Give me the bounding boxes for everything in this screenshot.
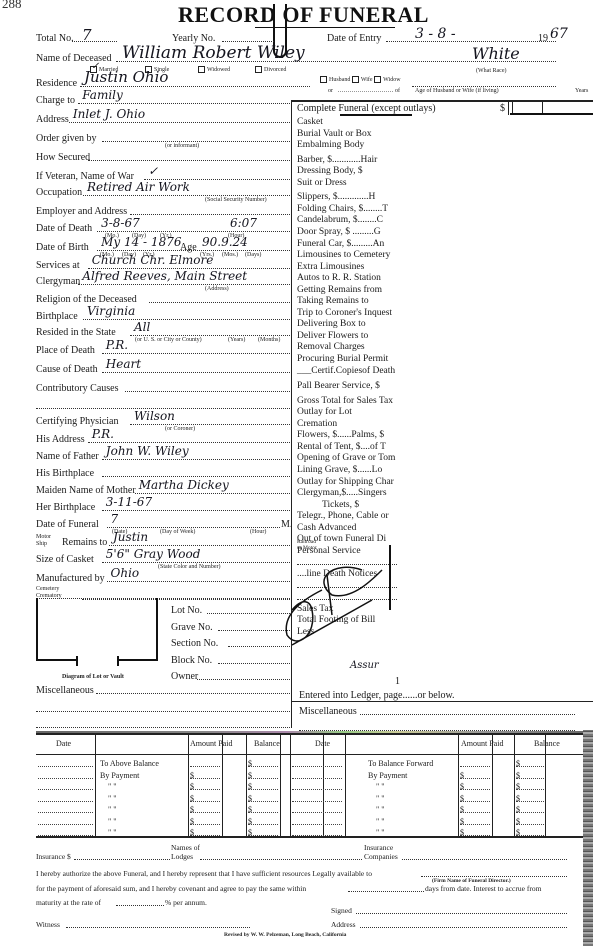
miscellaneous-label: Miscellaneous [36, 685, 94, 696]
address-label: Address [36, 114, 69, 125]
manufactured-by-value: Ohio [111, 566, 140, 580]
charge-item-cremation[interactable]: Cremation [297, 419, 337, 429]
form-title: RECORD OF FUNERAL [178, 2, 429, 28]
charges-miscellaneous-label: Miscellaneous [299, 706, 357, 717]
ledger-ditto: " " [108, 794, 117, 803]
charge-item-certif-copiesof-death[interactable]: ___Certif.Copiesof Death [297, 366, 395, 376]
charge-item-barber-hair[interactable]: Barber, $............Hair [297, 155, 377, 165]
ledger-balance-header: Balance [254, 739, 280, 748]
ledger-column-divider [545, 735, 546, 838]
place-of-death-field[interactable] [102, 345, 290, 354]
age-label: Age [180, 242, 197, 253]
divorced-checkbox[interactable] [255, 66, 262, 73]
spouse-of: of [395, 88, 400, 94]
husband-checkbox[interactable] [320, 76, 327, 83]
charge-item-removal-charges[interactable]: Removal Charges [297, 342, 365, 352]
certifying-physician-hint: (or Coroner) [165, 426, 195, 432]
ledger-amount-paid-cell-right[interactable]: $ [460, 805, 490, 813]
charge-item-limousines-to-cemetery[interactable]: Limousines to Cemetery [297, 250, 390, 260]
charge-item-candelabrum-c[interactable]: Candelabrum, $........C [297, 215, 383, 225]
insurance-label: Insurance $ [36, 852, 71, 861]
charge-item-gross-total-for-sales-tax[interactable]: Gross Total for Sales Tax [297, 396, 393, 406]
order-given-by-field[interactable] [102, 133, 290, 142]
ledger-column-divider [290, 735, 291, 838]
religion-of-the-deceased-field[interactable] [149, 294, 290, 303]
witness-field[interactable] [66, 920, 250, 928]
block-no-label: Block No. [171, 655, 212, 666]
block-no-field[interactable] [218, 655, 290, 664]
ledger-column-divider [246, 735, 247, 838]
funeral-director-field[interactable] [421, 869, 567, 877]
date-of-funeral-field[interactable] [107, 519, 281, 528]
marital-divorced[interactable]: Divorced [255, 66, 286, 73]
ledger-date-cell-right[interactable] [292, 794, 342, 802]
ledger-ditto-right: " " [376, 794, 385, 803]
her-birthplace-label: Her Birthplace [36, 502, 95, 513]
address-value: Inlet J. Ohio [73, 107, 145, 121]
interest-rate-field[interactable] [116, 898, 164, 906]
cause-of-death-value: Heart [106, 357, 141, 371]
charge-to-value: Family [82, 88, 123, 102]
size-of-casket-hint: (State Color and Number) [158, 564, 220, 570]
size-of-casket-label: Size of Casket [36, 554, 94, 565]
signed-field[interactable] [356, 906, 567, 914]
handwritten-signature [272, 540, 412, 650]
spouse-or: or [328, 88, 333, 94]
date-of-entry-field[interactable] [386, 33, 556, 42]
charge-item-opening-of-grave-or-tom[interactable]: Opening of Grave or Tom [297, 453, 395, 463]
remains-to-value: Justin [113, 530, 148, 544]
lot-no-label: Lot No. [171, 605, 202, 616]
date-of-birth-value: My 14 - 1876 [101, 235, 181, 249]
ledger-ditto-right: " " [376, 828, 385, 837]
her-birthplace-value: 3-11-67 [106, 495, 152, 509]
occupation-value: Retired Air Work [87, 180, 190, 194]
total-no-field[interactable] [72, 33, 117, 42]
birthplace-value: Virginia [87, 304, 135, 318]
days-text: days from date. Interest to accrue from [425, 884, 541, 893]
ledger-balance-cell[interactable]: $ [248, 771, 278, 779]
ledger-balance-cell-right[interactable]: $ [516, 782, 544, 790]
ledger-column-divider [95, 735, 96, 838]
charge-item-embalming-body[interactable]: Embalming Body [297, 140, 364, 150]
race-hint: (What Race) [476, 68, 506, 74]
ledger-date-cell-right[interactable] [292, 782, 342, 790]
miscellaneous-field-2[interactable] [36, 703, 290, 712]
ledger-amount-paid-cell-right[interactable]: $ [460, 817, 490, 825]
ledger-date-cell-right[interactable] [292, 771, 342, 779]
ledger-amount-paid-header: Amount Paid [190, 739, 232, 748]
charge-item-dressing-body[interactable]: Dressing Body, $ [297, 166, 363, 176]
date-of-funeral-value: 7 [111, 512, 119, 526]
charge-item-delivering-box-to[interactable]: Delivering Box to [297, 319, 366, 329]
how-secured-field[interactable] [88, 152, 290, 161]
ledger-balance-cell[interactable]: $ [248, 759, 278, 767]
ledger-amount-paid-cell[interactable]: $ [190, 828, 220, 836]
order-given-by-label: Order given by [36, 133, 97, 144]
date-of-death-value: 3-8-67 [101, 216, 140, 230]
payment-text: for the payment of aforesaid sum, and I … [36, 884, 306, 893]
certifying-physician-label: Certifying Physician [36, 416, 119, 427]
size-of-casket-value: 5'6" Gray Wood [106, 547, 201, 561]
owner-field[interactable] [197, 671, 290, 680]
ledger-balance-cell-right[interactable]: $ [516, 759, 544, 767]
cause-of-death-label: Cause of Death [36, 364, 98, 375]
ledger-ditto: " " [108, 828, 117, 837]
his-birthplace-label: His Birthplace [36, 468, 94, 479]
year-suffix: 67 [550, 26, 568, 42]
per-annum-text: % per annum. [165, 898, 207, 907]
companies-field[interactable] [402, 852, 567, 860]
ledger-column-divider [188, 735, 189, 838]
charge-to-label: Charge to [36, 95, 75, 106]
year-prefix: 19 [538, 33, 548, 44]
services-at-value: Church Chr. Elmore [92, 253, 214, 267]
spouse-line-field[interactable] [412, 78, 556, 87]
how-secured-label: How Secured [36, 152, 90, 163]
ledger-amount-paid-cell[interactable]: $ [190, 817, 220, 825]
complete-funeral-amount-field[interactable] [510, 113, 593, 115]
spouse-name-field[interactable] [338, 86, 393, 92]
ledger-ditto-right: " " [376, 817, 385, 826]
name-of-deceased-label: Name of Deceased [36, 53, 112, 64]
residence-value: Justin Ohio [84, 68, 168, 86]
charge-item-getting-remains-from[interactable]: Getting Remains from [297, 285, 382, 295]
ledger-date-cell[interactable] [38, 759, 93, 767]
marital-widowed[interactable]: Widowed [198, 66, 230, 73]
less-value: Assur [350, 660, 379, 671]
date-of-death-label: Date of Death [36, 223, 92, 234]
ledger-ditto-right: " " [376, 805, 385, 814]
date-of-birth-hint: (Days) [245, 252, 261, 258]
days-field[interactable] [348, 884, 424, 892]
date-of-entry-value: 3 - 8 - [415, 26, 456, 42]
age-spouse-label: Age of Husband or Wife (if living) [415, 88, 499, 94]
ledger-date-cell[interactable] [38, 805, 93, 813]
ledger-desc: By Payment [100, 771, 139, 780]
ledger-amount-paid-cell[interactable]: $ [190, 805, 220, 813]
ledger-date-cell[interactable] [38, 782, 93, 790]
date-of-funeral-hint: (Hour) [250, 529, 266, 535]
ledger-date-cell-right[interactable] [292, 828, 342, 836]
ledger-ditto: " " [108, 805, 117, 814]
resided-in-the-state-hint: (Years) [228, 337, 245, 343]
insurance-field[interactable] [74, 852, 170, 860]
occupation-label: Occupation [36, 187, 82, 198]
date-of-funeral-label: Date of Funeral [36, 519, 99, 530]
charge-item-clergyman-singers[interactable]: Clergyman,$.....Singers [297, 488, 387, 498]
ledger-date-cell[interactable] [38, 828, 93, 836]
date-of-birth-label: Date of Birth [36, 242, 89, 253]
ledger-desc-right: By Payment [368, 771, 407, 780]
spouse-options: Husband Wife Widow [320, 76, 401, 83]
charge-item-extra-limousines[interactable]: Extra Limousines [297, 262, 364, 272]
charge-item-outlay-for-shipping-char[interactable]: Outlay for Shipping Char [297, 477, 394, 487]
yearly-no-field[interactable] [222, 33, 274, 42]
contributory-causes-label: Contributory Causes [36, 383, 119, 394]
ledger-amount-paid-cell[interactable]: $ [190, 794, 220, 802]
ledger-balance-cell-right[interactable]: $ [516, 771, 544, 779]
miscellaneous-field-1[interactable] [96, 685, 290, 694]
charge-item-casket[interactable]: Casket [297, 117, 323, 127]
entered-into-ledger-label: Entered into Ledger, page......or below. [299, 690, 455, 701]
name-of-father-label: Name of Father [36, 451, 99, 462]
occupation-hint: (Social Security Number) [205, 197, 267, 203]
ledger-column-divider [280, 735, 281, 838]
lodges-field[interactable] [200, 852, 362, 860]
charge-item-slippers-h[interactable]: Slippers, $.............H [297, 192, 375, 202]
maiden-name-of-mother-value: Martha Dickey [139, 478, 229, 492]
ledger-amount-paid-cell[interactable] [190, 759, 220, 767]
widowed-checkbox[interactable] [198, 66, 205, 73]
charge-item-cash-advanced[interactable]: Cash Advanced [297, 523, 356, 533]
his-address-value: P.R. [92, 427, 114, 441]
ledger-column-divider [345, 735, 346, 838]
miscellaneous-field-3[interactable] [36, 719, 290, 728]
scan-edge [583, 730, 593, 946]
charge-item-folding-chairs-t[interactable]: Folding Chairs, $........T [297, 204, 388, 214]
ledger-amount-paid-cell[interactable]: $ [190, 771, 220, 779]
ledger-column-divider [492, 735, 493, 838]
birthplace-label: Birthplace [36, 311, 78, 322]
date-of-entry-label: Date of Entry [327, 33, 381, 44]
resided-in-the-state-field[interactable] [130, 327, 290, 336]
ledger-column-divider [514, 735, 515, 838]
clergyman-value: Alfred Reeves, Main Street [82, 269, 247, 283]
ledger-balance-cell[interactable]: $ [248, 805, 278, 813]
ledger-desc: To Above Balance [100, 759, 159, 768]
charge-item-rental-of-tent-of-t[interactable]: Rental of Tent, $....of T [297, 442, 386, 452]
his-address-field[interactable] [88, 434, 290, 443]
employer-and-address-field[interactable] [130, 206, 290, 215]
funeral-underline [340, 114, 412, 116]
charge-item-outlay-for-lot[interactable]: Outlay for Lot [297, 407, 352, 417]
order-given-by-hint: (or informant) [165, 143, 199, 149]
age-value: 90.9.24 [202, 235, 248, 249]
complete-funeral-label: Complete Funeral (except outlays) [297, 103, 436, 114]
date-of-funeral-hint: (Day of Week) [160, 529, 195, 535]
authorize-text: I hereby authorize the above Funeral, an… [36, 869, 372, 878]
total-no-value: 7 [82, 26, 92, 44]
place-of-death-label: Place of Death [36, 345, 95, 356]
ledger-ditto: " " [108, 782, 117, 791]
ledger-column-divider [222, 735, 223, 838]
motor-ship-label: MotorShip [36, 534, 51, 548]
charge-item-taking-remains-to[interactable]: Taking Remains to [297, 296, 369, 306]
residence-label: Residence [36, 78, 77, 89]
remains-to-label: Remains to [62, 537, 107, 548]
ledger-amount-paid-cell[interactable]: $ [190, 782, 220, 790]
ledger-balance-cell-right[interactable]: $ [516, 828, 544, 836]
wife-checkbox[interactable] [352, 76, 359, 83]
charge-item-suit-or-dress[interactable]: Suit or Dress [297, 178, 347, 188]
address-label: Address [331, 920, 356, 929]
services-at-label: Services at [36, 260, 80, 271]
ledger-column-divider [458, 735, 459, 838]
charge-item-door-spray-g[interactable]: Door Spray, $ .........G [297, 227, 381, 237]
ledger-date-header-right: Date [315, 739, 330, 748]
charge-item-telegr-phone-cable-or[interactable]: Telegr., Phone, Cable or [297, 511, 389, 521]
charge-item-burial-vault-or-box[interactable]: Burial Vault or Box [297, 129, 372, 139]
diagram-label: Diagram of Lot or Vault [62, 674, 124, 680]
ledger-balance-header-right: Balance [534, 739, 560, 748]
ledger-balance-cell[interactable]: $ [248, 794, 278, 802]
maturity-text: maturity at the rate of [36, 898, 101, 907]
charge-item-tickets[interactable]: Tickets, $ [322, 500, 359, 510]
ledger-amount-paid-cell-right[interactable]: $ [460, 828, 490, 836]
his-birthplace-field[interactable] [102, 468, 290, 477]
name-of-deceased-value: William Robert Wiley [122, 43, 305, 63]
revised-by-credit: Revised by W. W. Pelzeman, Long Beach, C… [224, 932, 346, 938]
lot-diagram-box [36, 598, 158, 661]
ledger-amount-paid-cell-right[interactable]: $ [460, 771, 490, 779]
if-veteran-name-of-war-field[interactable] [144, 171, 290, 180]
ledger-amount-paid-cell-right[interactable] [460, 759, 490, 767]
ledger-date-cell[interactable] [38, 817, 93, 825]
charge-item-pall-bearer-service[interactable]: Pall Bearer Service, $ [297, 381, 380, 391]
ledger-ditto: " " [108, 817, 117, 826]
ledger-balance-cell-right[interactable]: $ [516, 794, 544, 802]
resided-in-the-state-value: All [134, 320, 150, 334]
ledger-date-cell-right[interactable] [292, 805, 342, 813]
ledger-date-cell[interactable] [38, 771, 93, 779]
ledger-ditto-right: " " [376, 782, 385, 791]
clergyman-hint: (Address) [205, 286, 229, 292]
charge-item-lining-grave-lo[interactable]: Lining Grave, $......Lo [297, 465, 382, 475]
race-value: White [472, 44, 520, 63]
charge-item-trip-to-coroner-s-inquest[interactable]: Trip to Coroner's Inquest [297, 308, 392, 318]
ledger-amount-paid-header-right: Amount Paid [461, 739, 503, 748]
charge-item-funeral-car-an[interactable]: Funeral Car, $.........An [297, 239, 384, 249]
charges-miscellaneous-field[interactable] [360, 706, 575, 715]
widow-checkbox[interactable] [374, 76, 381, 83]
charge-item-autos-to-r-r-station[interactable]: Autos to R. R. Station [297, 273, 381, 283]
ledger-date-cell-right[interactable] [292, 817, 342, 825]
complete-funeral-currency: $ [500, 103, 505, 114]
date-of-death-hour-value: 6:07 [230, 216, 257, 230]
ledger-date-cell-right[interactable] [292, 759, 342, 767]
resided-in-the-state-hint: (Months) [258, 337, 280, 343]
his-address-label: His Address [36, 434, 85, 445]
signed-label: Signed [331, 906, 352, 915]
ledger-balance-cell[interactable]: $ [248, 817, 278, 825]
ledger-desc-right: To Balance Forward [368, 759, 433, 768]
ledger-amount-paid-cell-right[interactable]: $ [460, 794, 490, 802]
charge-item-procuring-burial-permit[interactable]: Procuring Burial Permit [297, 354, 388, 364]
continuation-field[interactable] [36, 400, 290, 409]
date-of-birth-hint: (Mos.) [222, 252, 238, 258]
section-no-label: Section No. [171, 638, 218, 649]
companies-label: InsuranceCompanies [364, 843, 398, 861]
ledger-amount-paid-cell-right[interactable]: $ [460, 782, 490, 790]
manufactured-by-label: Manufactured by [36, 573, 105, 584]
grave-no-label: Grave No. [171, 622, 213, 633]
years-label: Years [575, 88, 588, 94]
charges-miscellaneous-field-2[interactable] [299, 722, 575, 731]
ledger-date-cell[interactable] [38, 794, 93, 802]
resided-in-the-state-hint: (or U. S. or City or County) [135, 337, 202, 343]
if-veteran-name-of-war-value: ✓ [148, 164, 158, 178]
ledger-balance-cell[interactable]: $ [248, 828, 278, 836]
ledger-date-header: Date [56, 739, 71, 748]
charge-item-deliver-flowers-to[interactable]: Deliver Flowers to [297, 331, 368, 341]
ledger-header-divider [36, 754, 593, 755]
place-of-death-value: P.R. [106, 338, 128, 352]
total-no-label: Total No. [36, 33, 74, 44]
witness-label: Witness [36, 920, 60, 929]
owner-label: Owner [171, 671, 198, 682]
lodges-label: Names ofLodges [171, 843, 200, 861]
ledger-balance-cell-right[interactable]: $ [516, 817, 544, 825]
ledger-balance-cell[interactable]: $ [248, 782, 278, 790]
clergyman-label: Clergyman [36, 276, 80, 287]
ledger-balance-cell-right[interactable]: $ [516, 805, 544, 813]
signer-address-field[interactable] [360, 920, 567, 928]
page-number: 288 [2, 0, 22, 12]
resided-in-the-state-label: Resided in the State [36, 327, 116, 338]
contributory-causes-field[interactable] [125, 383, 290, 392]
charge-item-flowers-palms[interactable]: Flowers, $......Palms, $ [297, 430, 384, 440]
name-of-father-value: John W. Wiley [106, 444, 189, 458]
certifying-physician-value: Wilson [134, 409, 175, 423]
